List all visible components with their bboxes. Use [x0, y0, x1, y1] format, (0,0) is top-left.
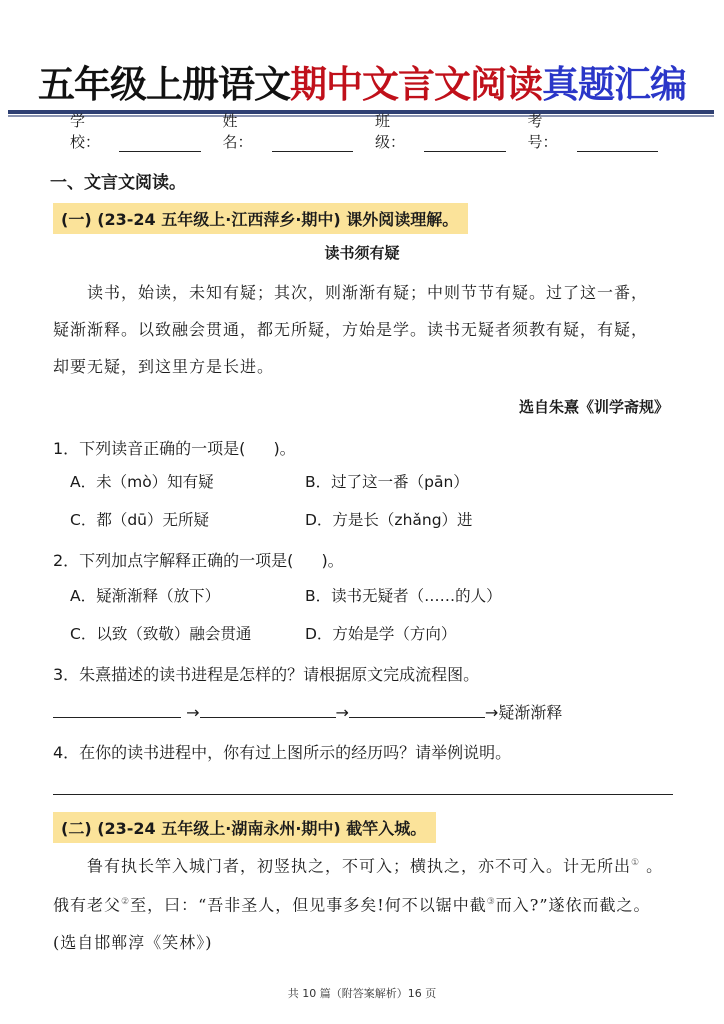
title-part-black: 五年级上册语文 — [38, 62, 290, 106]
passage-body: 读书，始读，未知有疑；其次，则渐渐有疑；中则节节有疑。过了这一番， 疑渐渐释。以… — [53, 274, 673, 385]
question-1: 1．下列读音正确的一项是()。 — [53, 436, 296, 459]
passage-line: 读书，始读，未知有疑；其次，则渐渐有疑；中则节节有疑。过了这一番， — [53, 274, 673, 311]
q1-option-a[interactable]: A．未（mò）知有疑 — [70, 470, 214, 492]
q2-option-d[interactable]: D．方始是学（方向） — [305, 622, 456, 644]
exam-number-field[interactable]: 考号： — [528, 130, 659, 152]
document-title: 五年级上册语文期中文言文阅读真题汇编 — [0, 54, 724, 108]
flow-blank-2[interactable] — [200, 703, 336, 718]
question-4: 4．在你的读书进程中，你有过上图所示的经历吗？请举例说明。 — [53, 740, 511, 763]
title-divider-thin — [8, 115, 714, 117]
footnote-marker: ③ — [487, 897, 496, 907]
q1-option-c[interactable]: C．都（dū）无所疑 — [70, 508, 209, 530]
q2-option-c[interactable]: C．以致（致敬）融会贯通 — [70, 622, 251, 644]
question-2: 2．下列加点字解释正确的一项是()。 — [53, 548, 344, 571]
passage-source: 选自朱熹《训学斋规》 — [519, 396, 669, 417]
passage-title: 读书须有疑 — [0, 242, 724, 263]
q2-option-a[interactable]: A．疑渐渐释（放下） — [70, 584, 220, 606]
passage-line: 却要无疑，到这里方是长进。 — [53, 348, 673, 385]
student-info-row: 学校： 姓名： 班级： 考号： — [70, 130, 680, 152]
arrow-icon: → — [186, 703, 199, 722]
page-footer: 共 10 篇（附答案解析）16 页 — [0, 985, 724, 1001]
flowchart-row: →→→疑渐渐释 — [53, 700, 562, 723]
flow-blank-1[interactable] — [53, 703, 181, 718]
flow-blank-3[interactable] — [349, 703, 485, 718]
name-field[interactable]: 姓名： — [223, 130, 354, 152]
part2-passage: 鲁有执长竿入城门者，初竖执之，不可入；横执之，亦不可入。计无所出① 。 俄有老父… — [53, 845, 673, 961]
q2-option-b[interactable]: B．读书无疑者（……的人） — [305, 584, 502, 606]
school-blank[interactable] — [119, 137, 200, 152]
part2-heading: (二) (23-24 五年级上·湖南永州·期中) 截竿入城。 — [53, 812, 436, 843]
school-field[interactable]: 学校： — [70, 130, 201, 152]
part1-heading: (一) (23-24 五年级上·江西萍乡·期中) 课外阅读理解。 — [53, 203, 468, 234]
flow-end-label: 疑渐渐释 — [498, 703, 562, 722]
passage-line: 疑渐渐释。以致融会贯通，都无所疑，方始是学。读书无疑者须教有疑，有疑， — [53, 311, 673, 348]
passage-line: 鲁有执长竿入城门者，初竖执之，不可入；横执之，亦不可入。计无所出① 。 — [53, 845, 673, 884]
q4-answer-line[interactable] — [53, 794, 673, 795]
arrow-icon: → — [336, 703, 349, 722]
q1-option-b[interactable]: B．过了这一番（pān） — [305, 470, 469, 492]
footnote-marker: ② — [121, 897, 130, 907]
title-part-red: 期中文言文阅读 — [290, 62, 542, 106]
q1-option-d[interactable]: D．方是长（zhǎng）进 — [305, 508, 473, 530]
footnote-marker: ① — [631, 858, 640, 868]
arrow-icon: → — [485, 703, 498, 722]
name-blank[interactable] — [272, 137, 353, 152]
title-divider — [8, 110, 714, 114]
passage-line: 俄有老父②至，曰：“吾非圣人，但见事多矣!何不以锯中截③而入?”遂依而截之。 — [53, 884, 673, 923]
passage-source: (选自邯郸淳《笑林》) — [53, 924, 673, 961]
exam-number-blank[interactable] — [577, 137, 658, 152]
question-3: 3．朱熹描述的读书进程是怎样的？请根据原文完成流程图。 — [53, 662, 479, 685]
class-blank[interactable] — [424, 137, 505, 152]
class-field[interactable]: 班级： — [375, 130, 506, 152]
title-part-blue: 真题汇编 — [542, 62, 686, 106]
section-heading: 一、文言文阅读。 — [50, 168, 186, 193]
